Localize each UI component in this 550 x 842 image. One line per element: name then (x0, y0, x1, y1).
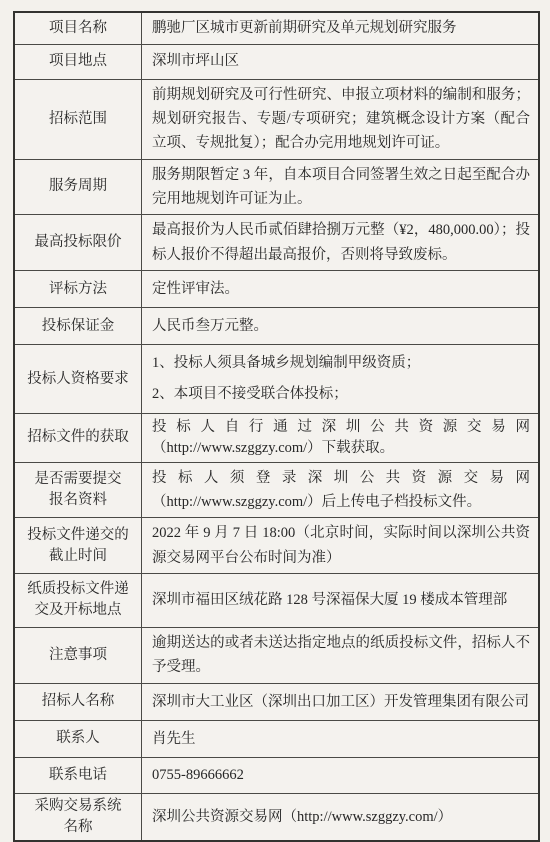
row-value: 服务期限暂定 3 年，自本项目合同签署生效之日起至配合办完用地规划许可证为止。 (142, 159, 540, 215)
table-row-contact-phone: 联系电话 0755-89666662 (14, 757, 539, 793)
row-value: 2022 年 9 月 7 日 18:00（北京时间，实际时间以深圳公共资源交易网… (142, 518, 540, 574)
table-row-document-acquisition: 招标文件的获取 投标人自行通过深圳公共资源交易网（http://www.szgg… (14, 414, 539, 462)
row-value: 肖先生 (142, 720, 540, 757)
row-value: 深圳市坪山区 (142, 44, 540, 79)
row-label: 联系电话 (14, 757, 142, 793)
row-label: 服务周期 (14, 159, 142, 215)
row-label: 是否需要提交 报名资料 (14, 462, 142, 518)
row-value: 最高报价为人民币贰佰肆拾捌万元整（¥2，480,000.00）；投标人报价不得超… (142, 215, 540, 271)
tender-info-table: 项目名称 鹏驰厂区城市更新前期研究及单元规划研究服务 项目地点 深圳市坪山区 招… (13, 11, 540, 842)
table-row-project-name: 项目名称 鹏驰厂区城市更新前期研究及单元规划研究服务 (14, 12, 539, 44)
row-label: 招标人名称 (14, 683, 142, 720)
row-value: 人民币叁万元整。 (142, 308, 540, 345)
row-value: 深圳市大工业区（深圳出口加工区）开发管理集团有限公司 (142, 683, 540, 720)
row-label: 联系人 (14, 720, 142, 757)
table-row-bid-scope: 招标范围 前期规划研究及可行性研究、申报立项材料的编制和服务；规划研究报告、专题… (14, 79, 539, 159)
table-row-project-location: 项目地点 深圳市坪山区 (14, 44, 539, 79)
row-value: 逾期送达的或者未送达指定地点的纸质投标文件，招标人不予受理。 (142, 627, 540, 683)
row-label: 采购交易系统 名称 (14, 793, 142, 841)
table-row-service-period: 服务周期 服务期限暂定 3 年，自本项目合同签署生效之日起至配合办完用地规划许可… (14, 159, 539, 215)
row-value: 投标人自行通过深圳公共资源交易网（http://www.szggzy.com/）… (142, 414, 540, 462)
table-row-bidder-qualifications: 投标人资格要求 1、投标人须具备城乡规划编制甲级资质； 2、本项目不接受联合体投… (14, 345, 539, 414)
table-row-procurement-system: 采购交易系统 名称 深圳公共资源交易网（http://www.szggzy.co… (14, 793, 539, 841)
row-label: 最高投标限价 (14, 215, 142, 271)
scanned-document-page: 项目名称 鹏驰厂区城市更新前期研究及单元规划研究服务 项目地点 深圳市坪山区 招… (0, 0, 550, 809)
table-row-contact-person: 联系人 肖先生 (14, 720, 539, 757)
table-row-evaluation-method: 评标方法 定性评审法。 (14, 271, 539, 308)
row-value: 0755-89666662 (142, 757, 540, 793)
table-row-bid-deposit: 投标保证金 人民币叁万元整。 (14, 308, 539, 345)
row-value: 1、投标人须具备城乡规划编制甲级资质； 2、本项目不接受联合体投标； (142, 345, 540, 414)
row-label: 招标范围 (14, 79, 142, 159)
row-label: 注意事项 (14, 627, 142, 683)
row-label: 投标保证金 (14, 308, 142, 345)
row-label: 项目地点 (14, 44, 142, 79)
row-value: 深圳市福田区绒花路 128 号深福保大厦 19 楼成本管理部 (142, 573, 540, 627)
table-row-max-bid-price: 最高投标限价 最高报价为人民币贰佰肆拾捌万元整（¥2，480,000.00）；投… (14, 215, 539, 271)
table-row-paper-submission-location: 纸质投标文件递 交及开标地点 深圳市福田区绒花路 128 号深福保大厦 19 楼… (14, 573, 539, 627)
row-value: 投标人须登录深圳公共资源交易网（http://www.szggzy.com/）后… (142, 462, 540, 518)
row-label: 招标文件的获取 (14, 414, 142, 462)
row-label: 评标方法 (14, 271, 142, 308)
row-value: 定性评审法。 (142, 271, 540, 308)
row-value: 深圳公共资源交易网（http://www.szggzy.com/） (142, 793, 540, 841)
row-label: 纸质投标文件递 交及开标地点 (14, 573, 142, 627)
row-label: 项目名称 (14, 12, 142, 44)
table-row-notes: 注意事项 逾期送达的或者未送达指定地点的纸质投标文件，招标人不予受理。 (14, 627, 539, 683)
row-value: 鹏驰厂区城市更新前期研究及单元规划研究服务 (142, 12, 540, 44)
row-label: 投标人资格要求 (14, 345, 142, 414)
row-label: 投标文件递交的 截止时间 (14, 518, 142, 574)
table-row-submission-deadline: 投标文件递交的 截止时间 2022 年 9 月 7 日 18:00（北京时间，实… (14, 518, 539, 574)
table-row-tenderer-name: 招标人名称 深圳市大工业区（深圳出口加工区）开发管理集团有限公司 (14, 683, 539, 720)
table-row-registration-materials: 是否需要提交 报名资料 投标人须登录深圳公共资源交易网（http://www.s… (14, 462, 539, 518)
row-value: 前期规划研究及可行性研究、申报立项材料的编制和服务；规划研究报告、专题/专项研究… (142, 79, 540, 159)
